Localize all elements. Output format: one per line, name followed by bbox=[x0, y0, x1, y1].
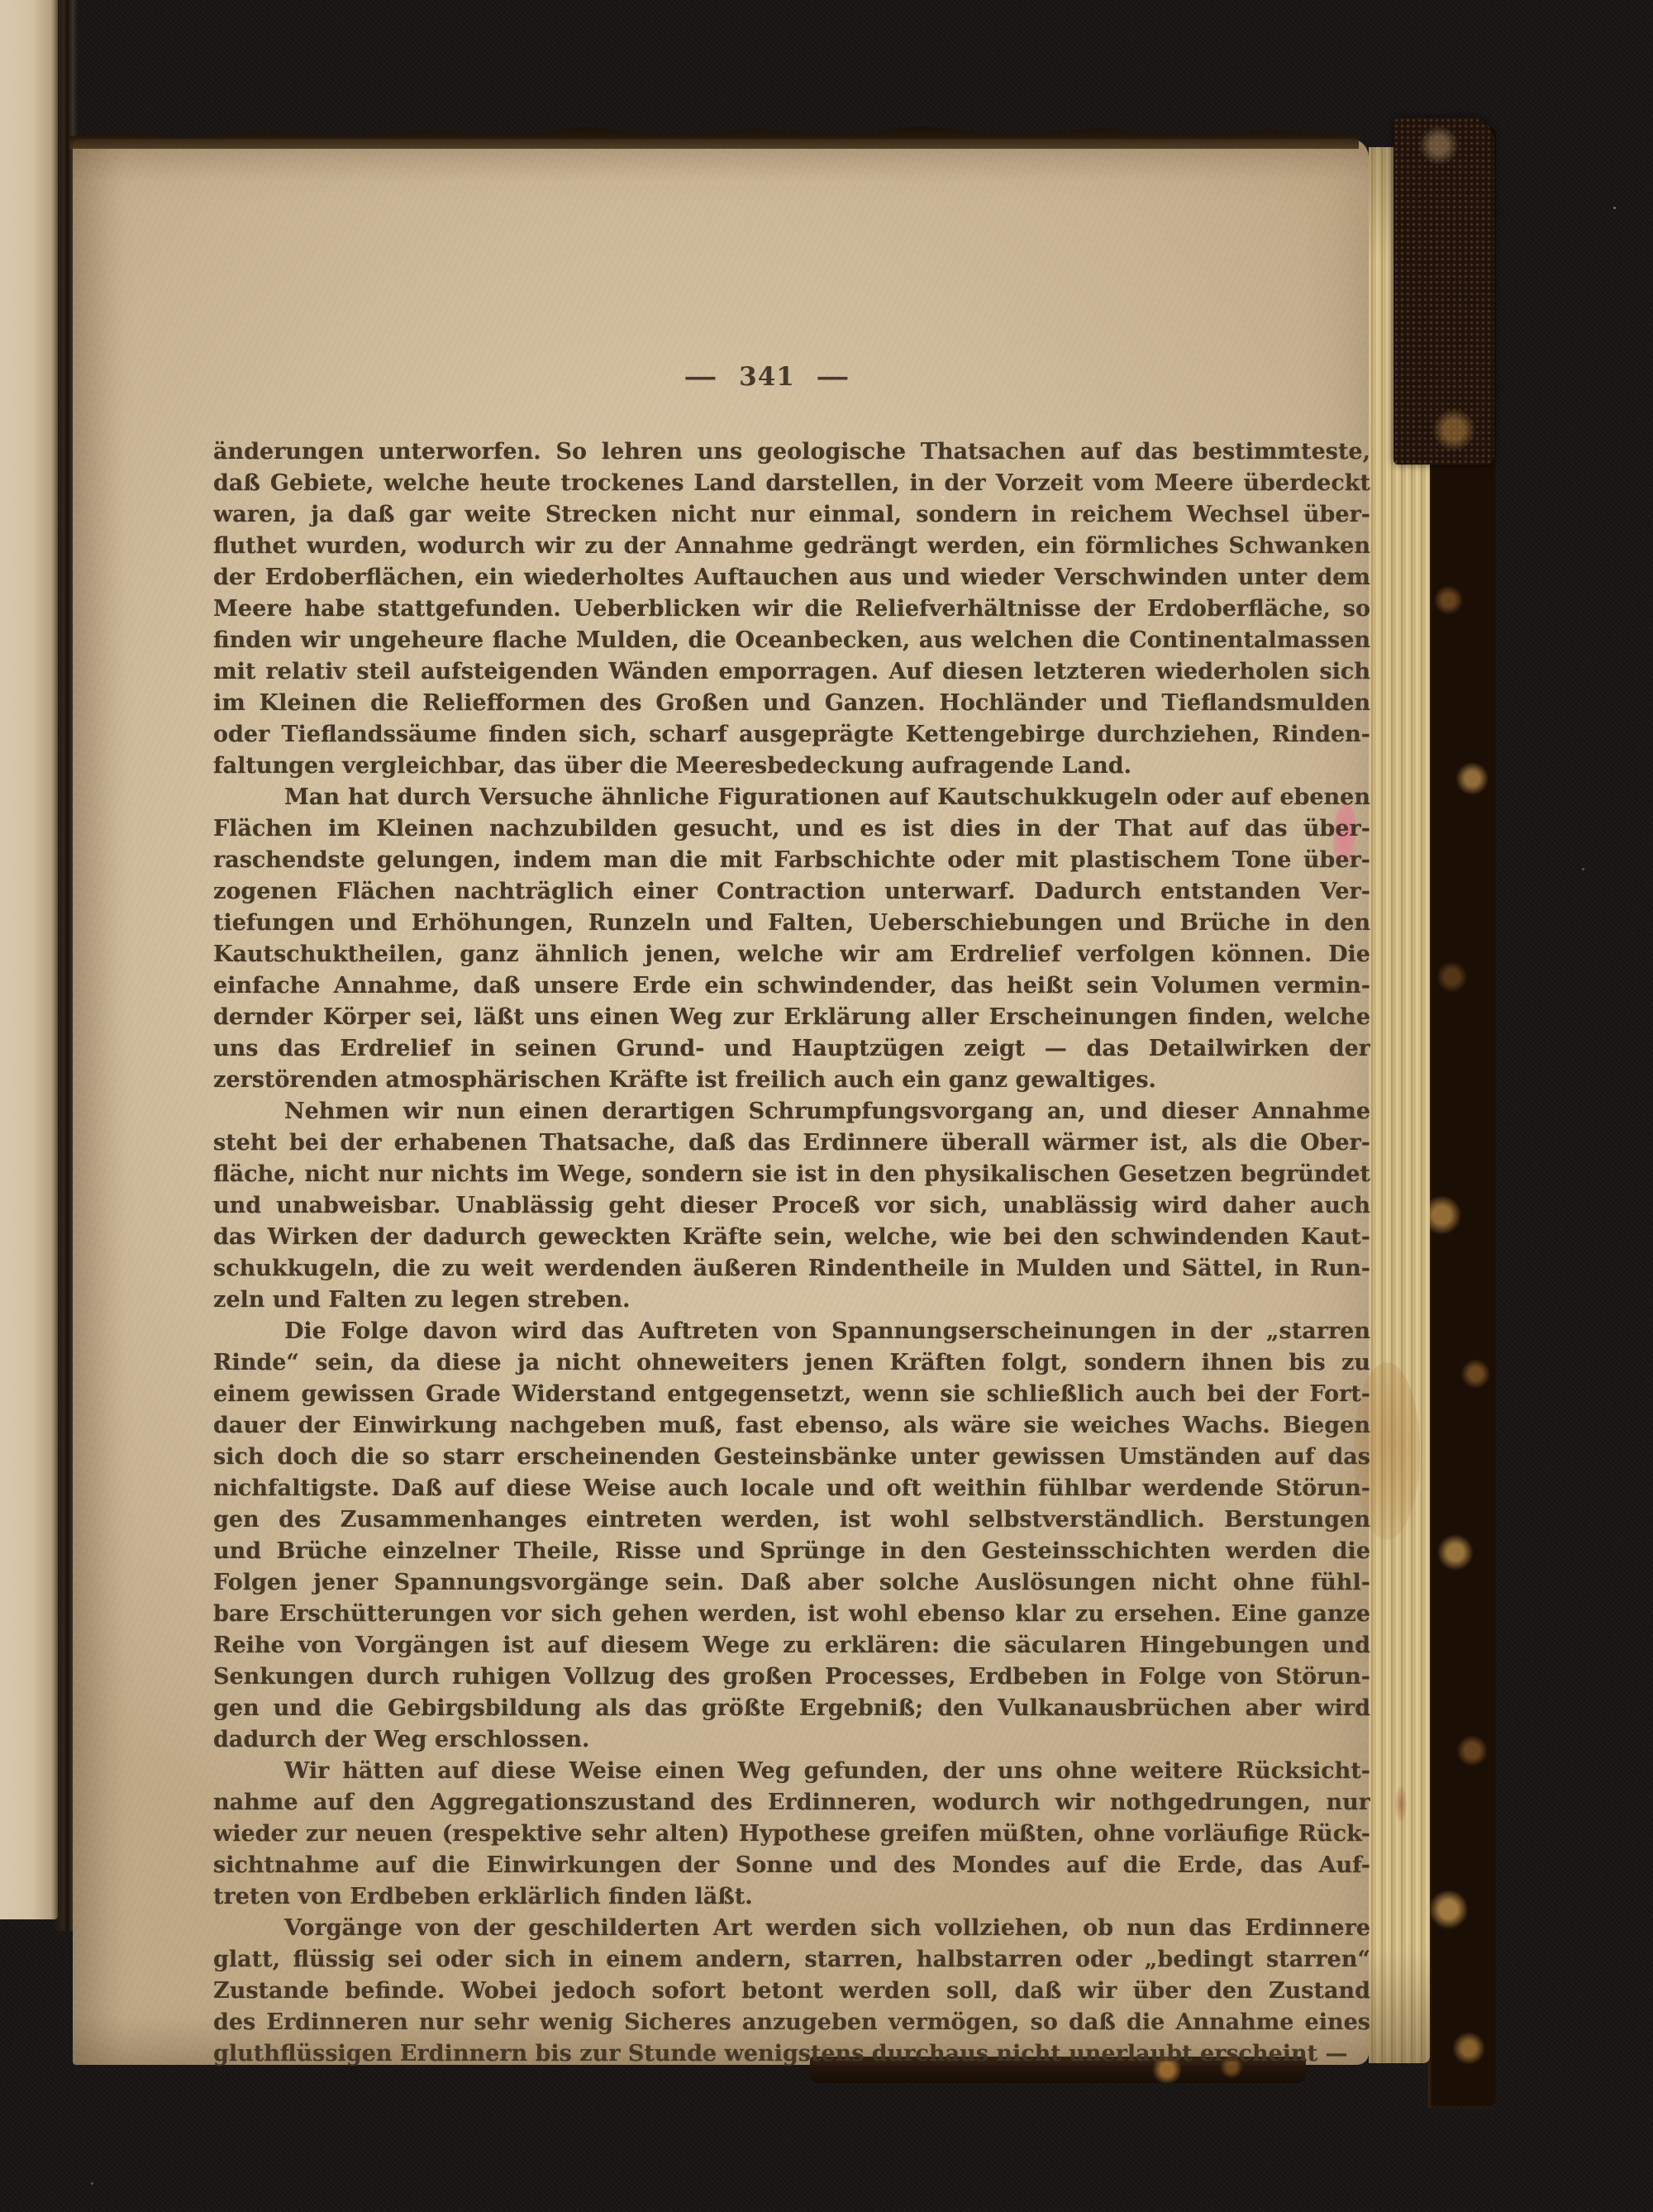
dust-speck bbox=[1613, 207, 1616, 209]
book-photograph: —341— änderungen unterworfen. So lehren … bbox=[0, 0, 1653, 2212]
text-line: bare Erschütterungen vor sich gehen werd… bbox=[213, 1599, 1370, 1630]
text-line: und unabweisbar. Unablässig geht dieser … bbox=[213, 1190, 1370, 1222]
text-line: Flächen im Kleinen nachzubilden gesucht,… bbox=[213, 813, 1370, 845]
text-line: des Erdinneren nur sehr wenig Sicheres a… bbox=[213, 2007, 1370, 2038]
text-line: nichfaltigste. Daß auf diese Weise auch … bbox=[213, 1473, 1370, 1504]
text-line: schukkugeln, die zu weit werdenden äußer… bbox=[213, 1253, 1370, 1285]
text-line: nahme auf den Aggregationszustand des Er… bbox=[213, 1787, 1370, 1819]
text-line: gen und die Gebirgsbildung als das größt… bbox=[213, 1693, 1370, 1724]
text-line: tiefungen und Erhöhungen, Runzeln und Fa… bbox=[213, 908, 1370, 939]
text-line: Reihe von Vorgängen ist auf diesem Wege … bbox=[213, 1630, 1370, 1661]
text-line: fläche, nicht nur nichts im Wege, sonder… bbox=[213, 1159, 1370, 1190]
text-line: das Wirken der dadurch geweckten Kräfte … bbox=[213, 1222, 1370, 1253]
text-line: und Brüche einzelner Theile, Risse und S… bbox=[213, 1536, 1370, 1567]
text-line: dadurch der Weg erschlossen. bbox=[213, 1724, 1370, 1756]
text-line: daß Gebiete, welche heute trockenes Land… bbox=[213, 468, 1370, 499]
text-line: im Kleinen die Reliefformen des Großen u… bbox=[213, 688, 1370, 719]
book-page: —341— änderungen unterworfen. So lehren … bbox=[73, 139, 1369, 2065]
text-line: einfache Annahme, daß unsere Erde ein sc… bbox=[213, 970, 1370, 1002]
text-line: mit relativ steil aufsteigenden Wänden e… bbox=[213, 656, 1370, 688]
text-line: Wir hätten auf diese Weise einen Weg gef… bbox=[213, 1756, 1370, 1787]
binding-frayed-edge bbox=[69, 121, 1359, 149]
page-number-dash-right: — bbox=[816, 362, 850, 392]
page-number: —341— bbox=[188, 362, 1346, 398]
text-line: zerstörenden atmosphärischen Kräfte ist … bbox=[213, 1065, 1370, 1096]
text-line: uns das Erdrelief in seinen Grund- und H… bbox=[213, 1033, 1370, 1065]
text-line: zeln und Falten zu legen streben. bbox=[213, 1285, 1370, 1316]
text-line: Meere habe stattgefunden. Ueberblicken w… bbox=[213, 594, 1370, 625]
text-block: änderungen unterworfen. So lehren uns ge… bbox=[213, 436, 1370, 2070]
text-line: sich doch die so starr erscheinenden Ges… bbox=[213, 1442, 1370, 1473]
text-line: gen des Zusammenhanges eintreten werden,… bbox=[213, 1504, 1370, 1536]
text-line: faltungen vergleichbar, das über die Mee… bbox=[213, 751, 1370, 782]
small-stain bbox=[1395, 1785, 1407, 1822]
dust-speck bbox=[1582, 868, 1584, 870]
text-line: gluthflüssigen Erdinnern bis zur Stunde … bbox=[213, 2038, 1370, 2070]
text-line: Folgen jener Spannungsvorgänge sein. Daß… bbox=[213, 1567, 1370, 1599]
text-line: Zustande befinde. Wobei jedoch sofort be… bbox=[213, 1976, 1370, 2007]
text-line: Vorgänge von der geschilderten Art werde… bbox=[213, 1913, 1370, 1944]
text-line: einem gewissen Grade Widerstand entgegen… bbox=[213, 1379, 1370, 1410]
dust-speck bbox=[91, 2182, 93, 2185]
left-page-sliver bbox=[0, 0, 58, 1919]
text-line: Rinde“ sein, da diese ja nicht ohneweite… bbox=[213, 1347, 1370, 1379]
text-line: Man hat durch Versuche ähnliche Figurati… bbox=[213, 782, 1370, 813]
text-line: treten von Erdbeben erklärlich finden lä… bbox=[213, 1881, 1370, 1913]
text-line: dernder Körper sei, läßt uns einen Weg z… bbox=[213, 1002, 1370, 1033]
text-line: Nehmen wir nun einen derartigen Schrumpf… bbox=[213, 1096, 1370, 1127]
text-line: Kautschuktheilen, ganz ähnlich jenen, we… bbox=[213, 939, 1370, 970]
text-line: sichtnahme auf die Einwirkungen der Sonn… bbox=[213, 1850, 1370, 1881]
text-line: Senkungen durch ruhigen Vollzug des groß… bbox=[213, 1661, 1370, 1693]
leather-cover-corner bbox=[1393, 117, 1494, 465]
text-line: steht bei der erhabenen Thatsache, daß d… bbox=[213, 1127, 1370, 1159]
text-line: wieder zur neuen (respektive sehr alten)… bbox=[213, 1819, 1370, 1850]
text-line: waren, ja daß gar weite Strecken nicht n… bbox=[213, 499, 1370, 531]
text-line: dauer der Einwirkung nachgeben muß, fast… bbox=[213, 1410, 1370, 1442]
page-number-value: 341 bbox=[739, 362, 795, 392]
text-line: finden wir ungeheure flache Mulden, die … bbox=[213, 625, 1370, 656]
text-line: glatt, flüssig sei oder sich in einem an… bbox=[213, 1944, 1370, 1976]
text-line: Die Folge davon wird das Auftreten von S… bbox=[213, 1316, 1370, 1347]
text-line: änderungen unterworfen. So lehren uns ge… bbox=[213, 436, 1370, 468]
page-number-dash-left: — bbox=[684, 362, 718, 392]
text-line: zogenen Flächen nachträglich einer Contr… bbox=[213, 876, 1370, 908]
text-line: raschendste gelungen, indem man die mit … bbox=[213, 845, 1370, 876]
text-line: oder Tieflandssäume finden sich, scharf … bbox=[213, 719, 1370, 751]
text-line: der Erdoberflächen, ein wiederholtes Auf… bbox=[213, 562, 1370, 594]
text-line: fluthet wurden, wodurch wir zu der Annah… bbox=[213, 531, 1370, 562]
